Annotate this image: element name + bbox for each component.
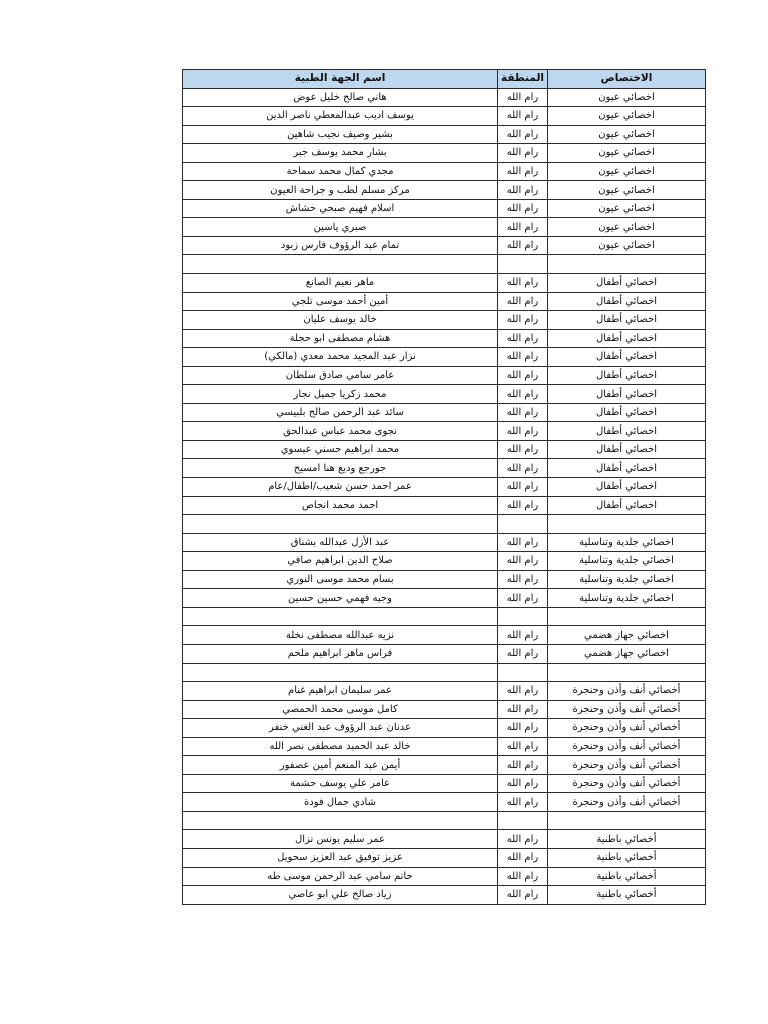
cell-specialty: اخصائي جلدية وتناسلية bbox=[548, 552, 706, 571]
cell-provider-name: خالد عبد الحميد مصطفى نصر الله bbox=[183, 737, 498, 756]
cell-region: رام الله bbox=[498, 793, 548, 812]
table-body: هاني صالح خليل عوضرام اللهاخصائي عيونيوس… bbox=[183, 88, 706, 904]
cell-region: رام الله bbox=[498, 700, 548, 719]
cell-provider-name: وجيه فهمي حسين حسين bbox=[183, 589, 498, 608]
cell-specialty: اخصائي جلدية وتناسلية bbox=[548, 570, 706, 589]
cell-specialty: اخصائي عيون bbox=[548, 162, 706, 181]
cell-region: رام الله bbox=[498, 385, 548, 404]
table-row: عامر علي يوسف حشمةرام اللهأخصائي أنف وأذ… bbox=[183, 774, 706, 793]
cell-provider-name: زياد صالح علي ابو عاصي bbox=[183, 886, 498, 905]
table-row: هاني صالح خليل عوضرام اللهاخصائي عيون bbox=[183, 88, 706, 107]
table-row-spacer bbox=[183, 663, 706, 682]
cell-provider-name: خالد يوسف عليان bbox=[183, 311, 498, 330]
cell-region: رام الله bbox=[498, 886, 548, 905]
cell-region: رام الله bbox=[498, 459, 548, 478]
cell-provider-name: عامر سامي صادق سلطان bbox=[183, 366, 498, 385]
cell-region: رام الله bbox=[498, 552, 548, 571]
table-row: يوسف اديب عبدالمعطي ناصر الدينرام اللهاخ… bbox=[183, 107, 706, 126]
table-row: سائد عبد الرحمن صالح بلبيسيرام اللهاخصائ… bbox=[183, 403, 706, 422]
table-row: عبد الأزل عبدالله بشناقرام اللهاخصائي جل… bbox=[183, 533, 706, 552]
table-row: تمام عبد الرؤوف فارس زبودرام اللهاخصائي … bbox=[183, 236, 706, 255]
cell-provider-name: ماهر نعيم الصانع bbox=[183, 274, 498, 293]
cell-specialty: أخصائي باطنية bbox=[548, 830, 706, 849]
cell-region: رام الله bbox=[498, 125, 548, 144]
cell-region bbox=[498, 255, 548, 274]
cell-region: رام الله bbox=[498, 236, 548, 255]
header-specialty: الاختصاص bbox=[548, 70, 706, 89]
cell-provider-name: عمر احمد حسن شعيب/اطفال/عام bbox=[183, 478, 498, 497]
cell-provider-name: نزيه عبدالله مصطفى نخلة bbox=[183, 626, 498, 645]
cell-region: رام الله bbox=[498, 366, 548, 385]
cell-specialty: اخصائي أطفال bbox=[548, 311, 706, 330]
cell-region bbox=[498, 515, 548, 534]
table-row: بشير وصيف نجيب شاهينرام اللهاخصائي عيون bbox=[183, 125, 706, 144]
cell-region: رام الله bbox=[498, 589, 548, 608]
cell-specialty: اخصائي عيون bbox=[548, 181, 706, 200]
cell-specialty: اخصائي أطفال bbox=[548, 403, 706, 422]
cell-region: رام الله bbox=[498, 329, 548, 348]
cell-provider-name: بشير وصيف نجيب شاهين bbox=[183, 125, 498, 144]
table-row: صلاح الدين ابراهيم صافيرام اللهاخصائي جل… bbox=[183, 552, 706, 571]
cell-provider-name: نزار عبد المجيد محمد معدي (مالكي) bbox=[183, 348, 498, 367]
table-row: بسام محمد موسى النوريرام اللهاخصائي جلدي… bbox=[183, 570, 706, 589]
cell-provider-name bbox=[183, 607, 498, 626]
cell-provider-name: شادي جمال فودة bbox=[183, 793, 498, 812]
cell-provider-name: هاني صالح خليل عوض bbox=[183, 88, 498, 107]
table-row-spacer bbox=[183, 255, 706, 274]
table-row: زياد صالح علي ابو عاصيرام اللهأخصائي باط… bbox=[183, 886, 706, 905]
cell-specialty: اخصائي عيون bbox=[548, 107, 706, 126]
cell-specialty bbox=[548, 811, 706, 830]
cell-specialty: أخصائي أنف وأذن وحنجرة bbox=[548, 774, 706, 793]
cell-provider-name: بشار محمد يوسف جبر bbox=[183, 144, 498, 163]
table-row: شادي جمال فودةرام اللهأخصائي أنف وأذن وح… bbox=[183, 793, 706, 812]
table-row: احمد محمد انجاصرام اللهاخصائي أطفال bbox=[183, 496, 706, 515]
table-row: أمين أحمد موسى تلجيرام اللهاخصائي أطفال bbox=[183, 292, 706, 311]
table-row: عمر احمد حسن شعيب/اطفال/عامرام اللهاخصائ… bbox=[183, 478, 706, 497]
table-row: عدنان عبد الرؤوف عبد الغني خنفررام اللهأ… bbox=[183, 719, 706, 738]
cell-provider-name bbox=[183, 663, 498, 682]
cell-region: رام الله bbox=[498, 570, 548, 589]
cell-specialty: أخصائي أنف وأذن وحنجرة bbox=[548, 700, 706, 719]
cell-provider-name: اسلام فهيم صبحي حشاش bbox=[183, 199, 498, 218]
table-row: عزيز توفيق عبد العزيز سحويلرام اللهأخصائ… bbox=[183, 848, 706, 867]
cell-region: رام الله bbox=[498, 533, 548, 552]
cell-region: رام الله bbox=[498, 478, 548, 497]
cell-region: رام الله bbox=[498, 626, 548, 645]
cell-specialty: اخصائي جلدية وتناسلية bbox=[548, 589, 706, 608]
cell-specialty: اخصائي عيون bbox=[548, 218, 706, 237]
cell-region bbox=[498, 663, 548, 682]
cell-specialty: أخصائي باطنية bbox=[548, 886, 706, 905]
cell-provider-name bbox=[183, 515, 498, 534]
cell-region: رام الله bbox=[498, 88, 548, 107]
cell-region: رام الله bbox=[498, 162, 548, 181]
cell-specialty: أخصائي باطنية bbox=[548, 867, 706, 886]
cell-region: رام الله bbox=[498, 144, 548, 163]
table-row: هشام مصطفى ابو حجلةرام اللهاخصائي أطفال bbox=[183, 329, 706, 348]
cell-region: رام الله bbox=[498, 682, 548, 701]
cell-provider-name: عامر علي يوسف حشمة bbox=[183, 774, 498, 793]
cell-region: رام الله bbox=[498, 107, 548, 126]
cell-specialty: أخصائي باطنية bbox=[548, 848, 706, 867]
table-row: عمر سليم يونس نزالرام اللهأخصائي باطنية bbox=[183, 830, 706, 849]
cell-region: رام الله bbox=[498, 311, 548, 330]
table-row: حاتم سامي عبد الرحمن موسى طهرام اللهأخصا… bbox=[183, 867, 706, 886]
cell-specialty: اخصائي عيون bbox=[548, 125, 706, 144]
cell-region: رام الله bbox=[498, 218, 548, 237]
cell-specialty: اخصائي عيون bbox=[548, 236, 706, 255]
cell-specialty: أخصائي أنف وأذن وحنجرة bbox=[548, 793, 706, 812]
cell-region: رام الله bbox=[498, 422, 548, 441]
table-row: محمد ابراهيم حسني عيسويرام اللهاخصائي أط… bbox=[183, 440, 706, 459]
cell-region: رام الله bbox=[498, 774, 548, 793]
cell-region: رام الله bbox=[498, 756, 548, 775]
cell-provider-name bbox=[183, 255, 498, 274]
table-header-row: اسم الجهة الطبية المنطقة الاختصاص bbox=[183, 70, 706, 89]
cell-provider-name: هشام مصطفى ابو حجلة bbox=[183, 329, 498, 348]
cell-specialty: أخصائي أنف وأذن وحنجرة bbox=[548, 719, 706, 738]
cell-provider-name: محمد زكريا جميل نجار bbox=[183, 385, 498, 404]
cell-provider-name: سائد عبد الرحمن صالح بلبيسي bbox=[183, 403, 498, 422]
table-row: نزيه عبدالله مصطفى نخلةرام اللهاخصائي جه… bbox=[183, 626, 706, 645]
table-row: عامر سامي صادق سلطانرام اللهاخصائي أطفال bbox=[183, 366, 706, 385]
cell-specialty: اخصائي أطفال bbox=[548, 496, 706, 515]
cell-specialty: اخصائي أطفال bbox=[548, 385, 706, 404]
cell-region: رام الله bbox=[498, 848, 548, 867]
cell-provider-name: عدنان عبد الرؤوف عبد الغني خنفر bbox=[183, 719, 498, 738]
table-row: مركز مسلم لطب و جراحة العيونرام اللهاخصا… bbox=[183, 181, 706, 200]
cell-provider-name: عبد الأزل عبدالله بشناق bbox=[183, 533, 498, 552]
cell-specialty: اخصائي أطفال bbox=[548, 274, 706, 293]
table-row-spacer bbox=[183, 607, 706, 626]
cell-specialty bbox=[548, 607, 706, 626]
table-row-spacer bbox=[183, 515, 706, 534]
cell-region: رام الله bbox=[498, 644, 548, 663]
cell-region: رام الله bbox=[498, 737, 548, 756]
cell-provider-name: صبري ياسين bbox=[183, 218, 498, 237]
cell-region: رام الله bbox=[498, 292, 548, 311]
table-row: نجوى محمد عباس عبدالحقرام اللهاخصائي أطف… bbox=[183, 422, 706, 441]
cell-provider-name: عزيز توفيق عبد العزيز سحويل bbox=[183, 848, 498, 867]
cell-specialty: أخصائي أنف وأذن وحنجرة bbox=[548, 756, 706, 775]
medical-providers-table: اسم الجهة الطبية المنطقة الاختصاص هاني ص… bbox=[182, 69, 706, 905]
table-row: نزار عبد المجيد محمد معدي (مالكي)رام الل… bbox=[183, 348, 706, 367]
cell-specialty: اخصائي جهاز هضمي bbox=[548, 626, 706, 645]
cell-specialty: اخصائي جهاز هضمي bbox=[548, 644, 706, 663]
cell-region: رام الله bbox=[498, 719, 548, 738]
cell-specialty bbox=[548, 255, 706, 274]
cell-specialty: اخصائي عيون bbox=[548, 144, 706, 163]
cell-region: رام الله bbox=[498, 403, 548, 422]
cell-provider-name: نجوى محمد عباس عبدالحق bbox=[183, 422, 498, 441]
table-row: مجدي كمال محمد سماحةرام اللهاخصائي عيون bbox=[183, 162, 706, 181]
cell-specialty: اخصائي أطفال bbox=[548, 292, 706, 311]
cell-region: رام الله bbox=[498, 830, 548, 849]
cell-specialty: اخصائي أطفال bbox=[548, 440, 706, 459]
cell-region: رام الله bbox=[498, 199, 548, 218]
table-row: جورجع وديع هنا امسيحرام اللهاخصائي أطفال bbox=[183, 459, 706, 478]
cell-specialty: اخصائي أطفال bbox=[548, 366, 706, 385]
cell-provider-name: مركز مسلم لطب و جراحة العيون bbox=[183, 181, 498, 200]
table-row: عمر سليمان ابراهيم غنامرام اللهأخصائي أن… bbox=[183, 682, 706, 701]
cell-provider-name: احمد محمد انجاص bbox=[183, 496, 498, 515]
cell-provider-name: عمر سليمان ابراهيم غنام bbox=[183, 682, 498, 701]
cell-provider-name: بسام محمد موسى النوري bbox=[183, 570, 498, 589]
table-row: خالد يوسف عليانرام اللهاخصائي أطفال bbox=[183, 311, 706, 330]
table-row: كامل موسى محمد الحمصيرام اللهأخصائي أنف … bbox=[183, 700, 706, 719]
header-provider-name: اسم الجهة الطبية bbox=[183, 70, 498, 89]
cell-specialty: اخصائي أطفال bbox=[548, 478, 706, 497]
cell-specialty: اخصائي جلدية وتناسلية bbox=[548, 533, 706, 552]
cell-region bbox=[498, 607, 548, 626]
cell-specialty bbox=[548, 663, 706, 682]
cell-region: رام الله bbox=[498, 496, 548, 515]
cell-specialty: اخصائي أطفال bbox=[548, 348, 706, 367]
cell-provider-name: صلاح الدين ابراهيم صافي bbox=[183, 552, 498, 571]
cell-provider-name: أمين أحمد موسى تلجي bbox=[183, 292, 498, 311]
cell-specialty: اخصائي أطفال bbox=[548, 422, 706, 441]
cell-specialty: اخصائي أطفال bbox=[548, 459, 706, 478]
cell-provider-name: جورجع وديع هنا امسيح bbox=[183, 459, 498, 478]
table-row: صبري ياسينرام اللهاخصائي عيون bbox=[183, 218, 706, 237]
document-page: اسم الجهة الطبية المنطقة الاختصاص هاني ص… bbox=[0, 0, 768, 1024]
table-row: خالد عبد الحميد مصطفى نصر اللهرام اللهأخ… bbox=[183, 737, 706, 756]
table-row: أيمن عبد المنعم أمين عصفوررام اللهأخصائي… bbox=[183, 756, 706, 775]
table-row: ماهر نعيم الصانعرام اللهاخصائي أطفال bbox=[183, 274, 706, 293]
cell-provider-name: مجدي كمال محمد سماحة bbox=[183, 162, 498, 181]
cell-provider-name: أيمن عبد المنعم أمين عصفور bbox=[183, 756, 498, 775]
table-row-spacer bbox=[183, 811, 706, 830]
cell-region: رام الله bbox=[498, 867, 548, 886]
cell-region: رام الله bbox=[498, 348, 548, 367]
cell-region bbox=[498, 811, 548, 830]
cell-specialty: اخصائي عيون bbox=[548, 88, 706, 107]
cell-specialty: اخصائي عيون bbox=[548, 199, 706, 218]
table-row: بشار محمد يوسف جبررام اللهاخصائي عيون bbox=[183, 144, 706, 163]
cell-provider-name: عمر سليم يونس نزال bbox=[183, 830, 498, 849]
table-row: محمد زكريا جميل نجاررام اللهاخصائي أطفال bbox=[183, 385, 706, 404]
cell-region: رام الله bbox=[498, 440, 548, 459]
cell-region: رام الله bbox=[498, 274, 548, 293]
table-row: فراس ماهر ابراهيم ملحمرام اللهاخصائي جها… bbox=[183, 644, 706, 663]
cell-specialty bbox=[548, 515, 706, 534]
cell-provider-name: يوسف اديب عبدالمعطي ناصر الدين bbox=[183, 107, 498, 126]
cell-region: رام الله bbox=[498, 181, 548, 200]
cell-specialty: أخصائي أنف وأذن وحنجرة bbox=[548, 737, 706, 756]
cell-provider-name: تمام عبد الرؤوف فارس زبود bbox=[183, 236, 498, 255]
cell-specialty: أخصائي أنف وأذن وحنجرة bbox=[548, 682, 706, 701]
cell-provider-name bbox=[183, 811, 498, 830]
header-region: المنطقة bbox=[498, 70, 548, 89]
cell-provider-name: حاتم سامي عبد الرحمن موسى طه bbox=[183, 867, 498, 886]
table-row: اسلام فهيم صبحي حشاشرام اللهاخصائي عيون bbox=[183, 199, 706, 218]
cell-provider-name: كامل موسى محمد الحمصي bbox=[183, 700, 498, 719]
cell-provider-name: فراس ماهر ابراهيم ملحم bbox=[183, 644, 498, 663]
cell-specialty: اخصائي أطفال bbox=[548, 329, 706, 348]
table-row: وجيه فهمي حسين حسينرام اللهاخصائي جلدية … bbox=[183, 589, 706, 608]
cell-provider-name: محمد ابراهيم حسني عيسوي bbox=[183, 440, 498, 459]
